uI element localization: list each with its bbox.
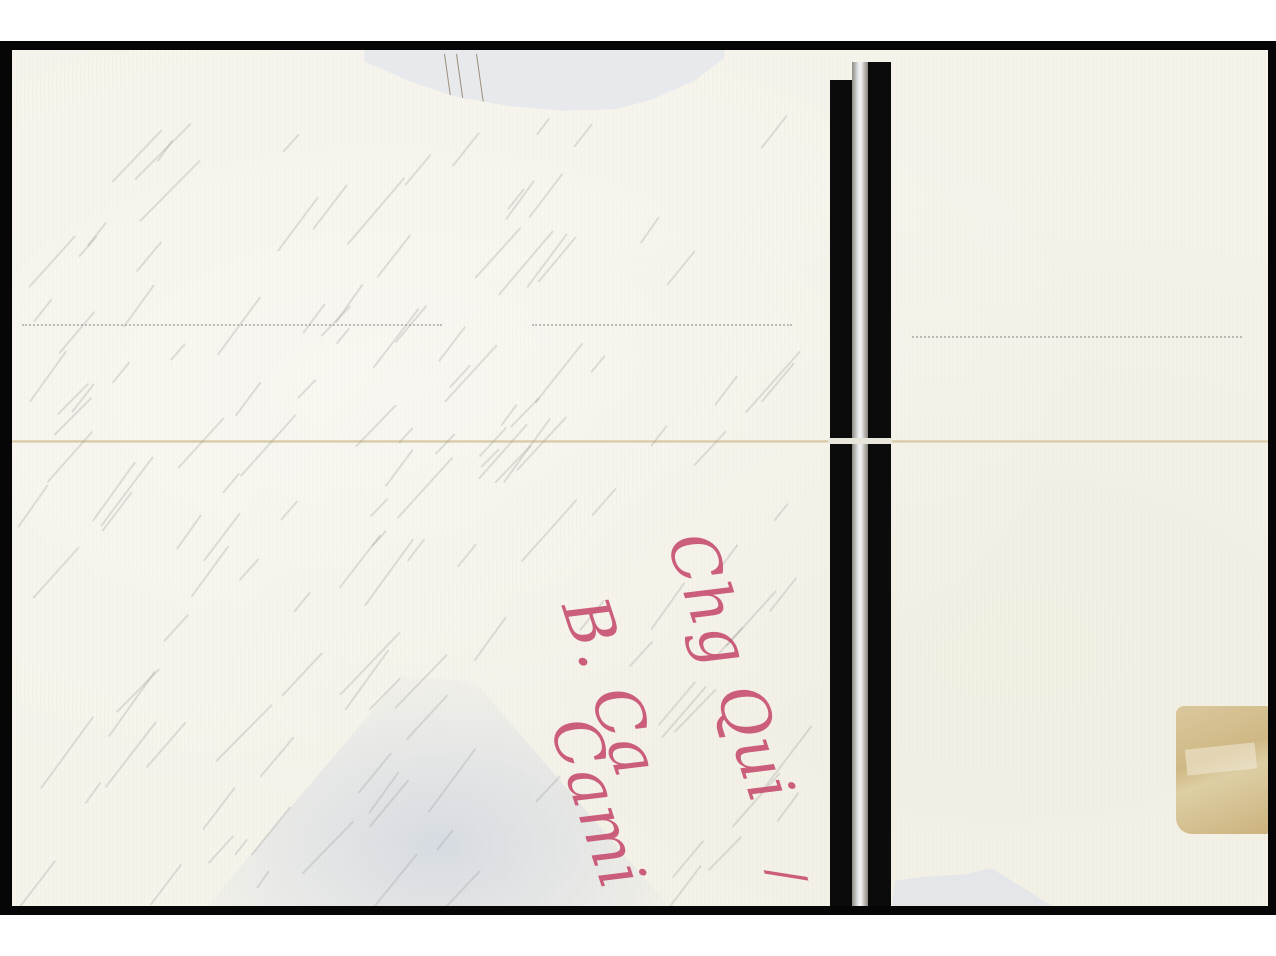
pencil-stroke [40, 716, 94, 789]
pencil-stroke [534, 342, 583, 403]
pencil-stroke [405, 154, 432, 186]
pencil-stroke [140, 160, 202, 222]
pencil-stroke [474, 617, 508, 662]
pencil-stroke [85, 781, 102, 803]
pencil-stroke [293, 592, 311, 614]
red-manuscript-line-4: / [761, 860, 812, 892]
pencil-stroke [573, 124, 593, 148]
pencil-stroke [59, 311, 96, 354]
stripe-fold-notch [828, 438, 892, 444]
pencil-stroke [176, 514, 202, 549]
pencil-stroke [451, 132, 479, 167]
pencil-stroke [672, 840, 705, 878]
pencil-stroke [135, 241, 162, 272]
pencil-stroke [372, 308, 419, 368]
pencil-stroke [115, 668, 159, 713]
torn-flap-top [364, 50, 724, 130]
pencil-stroke [774, 503, 790, 522]
pencil-stroke [503, 418, 551, 483]
pencil-stroke [47, 431, 93, 483]
red-manuscript-line-1: Chg Qui [656, 525, 803, 811]
pencil-stroke [434, 434, 455, 456]
pencil-stroke [312, 184, 348, 230]
pencil-stroke [640, 216, 660, 243]
pencil-stroke [259, 736, 294, 777]
show-through-dotted-line [912, 336, 1242, 338]
pencil-stroke [100, 456, 154, 527]
scan-canvas: Chg Qui B. Ca Cami / [0, 0, 1276, 956]
pencil-stroke [54, 397, 93, 436]
pencil-stroke [347, 177, 406, 245]
pencil-stroke [536, 117, 550, 135]
pencil-stroke [281, 652, 323, 696]
pencil-stroke [371, 530, 387, 547]
pencil-stroke [17, 484, 49, 528]
pencil-stroke [16, 860, 56, 906]
pencil-stroke [123, 284, 155, 327]
mourning-stripe-right [868, 62, 891, 906]
pencil-stroke [302, 304, 326, 335]
pencil-stroke [657, 865, 703, 906]
pencil-stroke [760, 115, 788, 149]
pencil-stroke [298, 379, 317, 399]
pencil-stroke [708, 836, 742, 871]
pencil-stroke [135, 123, 192, 180]
pencil-stroke [457, 544, 477, 568]
pencil-stroke [235, 382, 262, 417]
pencil-stroke [34, 299, 53, 323]
pencil-stroke [280, 500, 298, 521]
pencil-line [444, 54, 453, 112]
pencil-line [476, 54, 485, 112]
pencil-stroke [170, 343, 186, 361]
pencil-stroke [101, 492, 132, 532]
pencil-stroke [666, 250, 695, 285]
pencil-stroke [714, 375, 738, 406]
pencil-stroke [521, 499, 578, 563]
pencil-stroke [745, 350, 801, 412]
pencil-stroke [234, 838, 248, 855]
pencil-stroke [163, 614, 189, 642]
pencil-stroke [207, 835, 233, 864]
pencil-stroke [693, 430, 726, 466]
pencil-stroke [526, 233, 568, 288]
paper-hinge-remnant [1176, 706, 1268, 834]
torn-edge-bottom [892, 864, 1052, 906]
pencil-stroke [150, 864, 183, 906]
pencil-stroke [240, 414, 297, 477]
pencil-stroke [29, 351, 67, 403]
pencil-stroke [474, 227, 521, 279]
pencil-stroke [650, 425, 667, 447]
letter-sheet: Chg Qui B. Ca Cami / [12, 50, 1268, 906]
pencil-stroke [32, 547, 80, 600]
pencil-stroke [592, 488, 617, 516]
fold-gap [852, 62, 868, 906]
pencil-stroke [438, 326, 466, 362]
pencil-stroke [238, 558, 259, 581]
pencil-stroke [222, 473, 241, 495]
pencil-stroke [91, 461, 135, 521]
pencil-stroke [282, 133, 300, 152]
pencil-stroke [215, 704, 273, 762]
pencil-stroke [28, 236, 76, 289]
pencil-stroke [591, 355, 607, 373]
pencil-stroke [112, 362, 131, 384]
pencil-stroke [277, 196, 319, 252]
pencil-stroke [369, 498, 388, 518]
pencil-stroke [336, 327, 350, 344]
pencil-stroke [397, 457, 453, 519]
pencil-stroke [79, 235, 98, 256]
pencil-stroke [444, 344, 497, 402]
show-through-dotted-line [532, 324, 792, 326]
pencil-stroke [177, 417, 224, 469]
pencil-stroke [384, 449, 413, 488]
pencil-stroke [761, 362, 795, 402]
pencil-line [456, 54, 465, 112]
pencil-stroke [377, 234, 412, 278]
pencil-stroke [202, 787, 236, 830]
mourning-stripe-left [830, 80, 852, 906]
